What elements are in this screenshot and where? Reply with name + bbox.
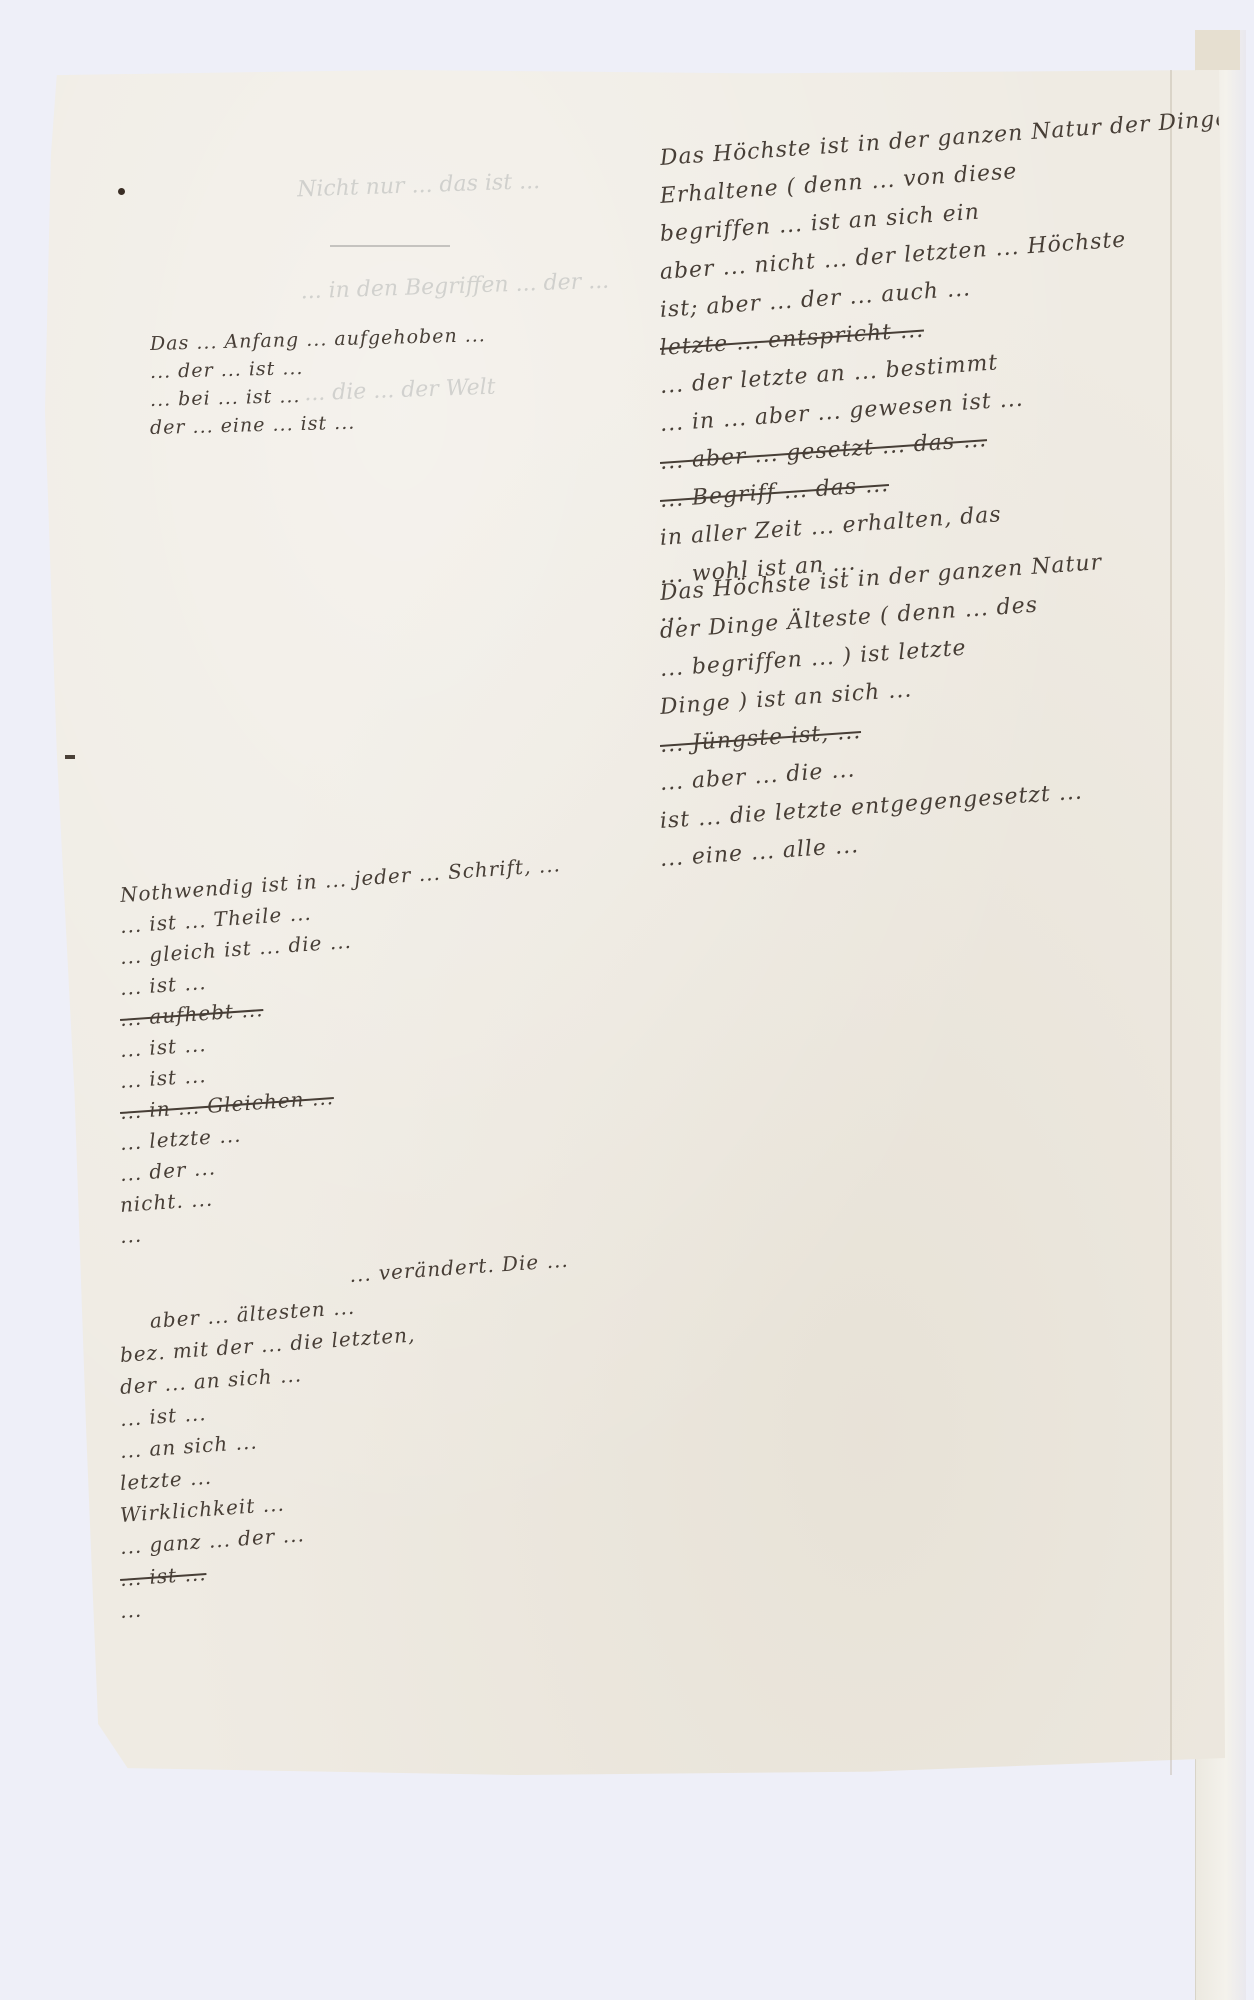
text-block-left-bottom: ... verändert. Die ... aber ... ältesten… xyxy=(120,1275,640,1627)
faint-dash xyxy=(330,245,450,247)
margin-mark xyxy=(65,755,75,759)
text-block-left-middle: Nothwendig ist in ... jeder ... Schrift,… xyxy=(120,880,640,1252)
backing-sheet-tab xyxy=(1195,30,1240,70)
bleed-line: ... in den Begriffen ... der ... xyxy=(300,265,610,310)
text-block-left-top: Das ... Anfang ... aufgehoben ... ... de… xyxy=(150,330,670,442)
bleed-line: Nicht nur ... das ist ... xyxy=(297,163,607,208)
text-block-right-middle: Das Höchste ist in der ganzen Natur der … xyxy=(660,575,1220,879)
ink-dot xyxy=(118,188,125,195)
